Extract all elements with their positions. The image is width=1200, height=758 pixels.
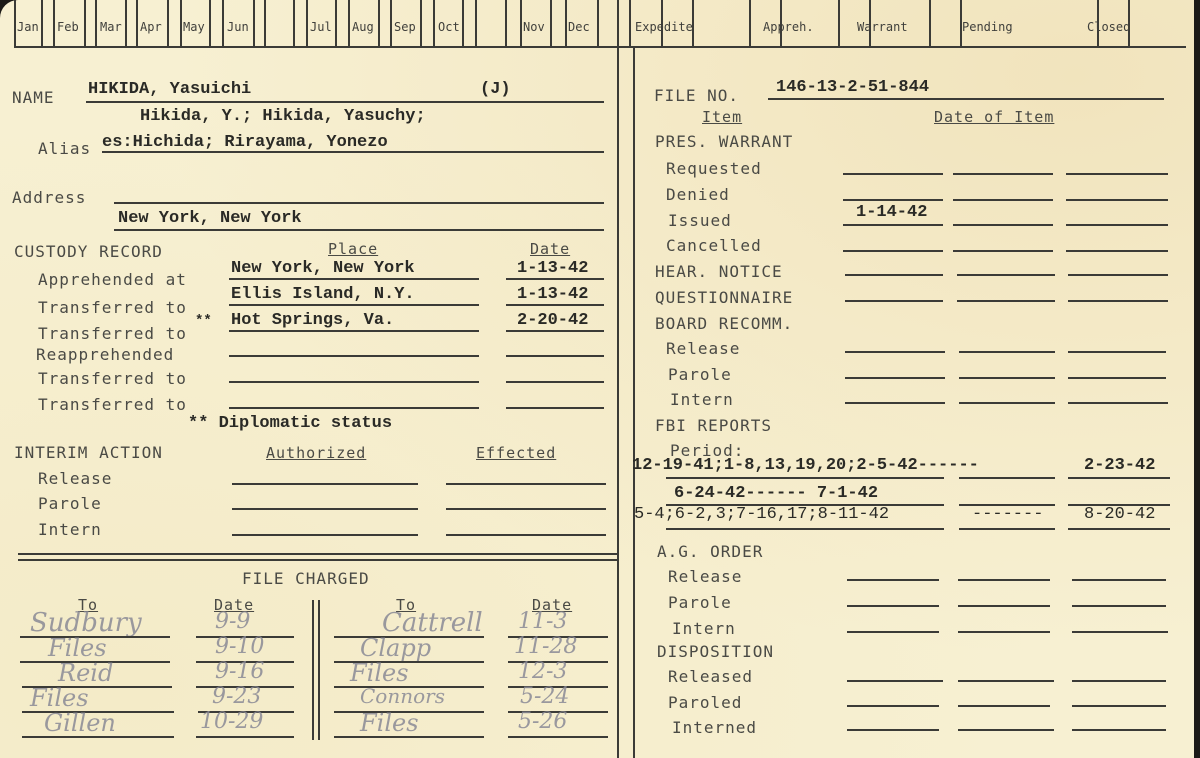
charged-date: 5-26 [518,709,567,734]
tab-divider [565,0,567,48]
ag-order-row-label: Intern [672,619,736,638]
custody-row-label: Transferred to [38,298,187,317]
custody-row-date: 2-20-42 [517,311,588,330]
charged-date: 5-24 [520,684,569,709]
custody-date-line [506,355,604,357]
date-line [845,300,943,302]
interim-effected-line [446,483,606,485]
alias-line-1: Hikida, Y.; Hikida, Yasuchy; [140,107,426,126]
tab-divider [335,0,337,48]
charged-to: Files [48,634,107,662]
date-line [847,680,943,682]
custody-col-place: Place [328,240,378,258]
date-line [845,377,945,379]
tab-divider [84,0,86,48]
tab-aug[interactable]: Aug [352,20,374,34]
ag-order-heading: A.G. ORDER [657,542,763,561]
tab-divider [550,0,552,48]
charged-date: 9-16 [215,659,264,684]
address-line-2: New York, New York [118,209,302,228]
date-line [957,300,1055,302]
tab-divider [180,0,182,48]
interim-authorized-line [232,508,418,510]
charged-line [508,736,608,738]
date-line [958,605,1050,607]
custody-place-line [229,278,479,280]
charged-line [196,736,294,738]
fbi-period-line-2: 6-24-42------ 7-1-42 [674,484,878,503]
date-line [845,274,943,276]
tab-jun[interactable]: Jun [227,20,249,34]
date-line [845,402,945,404]
fbi-reports-heading: FBI REPORTS [655,416,772,435]
disposition-row-label: Interned [672,718,757,737]
custody-row-place: Hot Springs, Va. [231,311,394,330]
date-line [1068,402,1168,404]
date-line [958,729,1054,731]
tab-divider [433,0,435,48]
charged-to: Files [30,684,89,712]
interim-row-label: Parole [38,494,102,513]
tab-nov[interactable]: Nov [523,20,545,34]
name-label: NAME [12,88,55,107]
date-line [1066,173,1168,175]
custody-row-label: Reapprehended [36,345,174,364]
address-label: Address [12,188,86,207]
nationality-code: (J) [480,80,511,99]
column-divider [633,46,635,758]
date-line [957,274,1055,276]
col-item: Item [702,108,742,126]
tab-divider [14,0,16,48]
date-line [953,173,1053,175]
tab-divider [293,0,295,48]
date-line [953,199,1053,201]
custody-row-label: Transferred to [38,324,187,343]
file-no-underline [768,98,1164,100]
tab-apr[interactable]: Apr [140,20,162,34]
tab-warrant[interactable]: Warrant [857,20,908,34]
section-rule [18,559,618,561]
date-line [1072,705,1166,707]
diplomatic-marker: ** [195,313,212,329]
interim-effected-line [446,534,606,536]
date-line [1068,377,1166,379]
date-line [958,680,1054,682]
date-line [843,250,943,252]
tab-divider [136,0,138,48]
date-line [845,351,945,353]
fbi-report-date-1: 2-23-42 [1084,456,1155,475]
date-line [847,729,939,731]
custody-date-line [506,330,604,332]
charged-line [334,736,484,738]
diplomatic-footnote: ** Diplomatic status [188,414,392,433]
charged-to: Files [360,709,419,737]
file-charged-heading: FILE CHARGED [242,569,370,588]
custody-heading: CUSTODY RECORD [14,242,163,261]
date-line [958,631,1050,633]
tab-divider [462,0,464,48]
tab-divider [264,0,266,48]
charged-date: 9-23 [212,684,261,709]
custody-row-place: Ellis Island, N.Y. [231,285,415,304]
board-recomm-heading: BOARD RECOMM. [655,314,793,333]
custody-row-place: New York, New York [231,259,415,278]
charged-date: 9-9 [215,609,250,634]
interim-authorized-line [232,483,418,485]
tab-divider [53,0,55,48]
name-underline [86,101,604,103]
date-line [958,705,1050,707]
date-line [847,705,939,707]
file-no-value: 146-13-2-51-844 [776,78,929,97]
board-row-label: Release [666,339,740,358]
date-line [1072,631,1168,633]
tab-divider [617,0,619,48]
hear-notice-label: HEAR. NOTICE [655,262,783,281]
disposition-row-label: Paroled [668,693,742,712]
board-row-label: Intern [670,390,734,409]
tab-divider [629,0,631,48]
tab-pending[interactable]: Pending [962,20,1013,34]
date-line [1068,300,1168,302]
fbi-line [959,528,1055,530]
custody-place-line [229,407,479,409]
pres-warrant-row-label: Issued [668,211,732,230]
tab-mar[interactable]: Mar [100,20,122,34]
tab-baseline [14,46,1186,48]
tab-closed[interactable]: Closed [1087,20,1130,34]
tab-divider [520,0,522,48]
date-line [847,605,939,607]
interim-row-label: Intern [38,520,102,539]
col-date-of-item: Date of Item [934,108,1054,126]
tab-divider [95,0,97,48]
issued-date: 1-14-42 [856,203,927,222]
tab-divider [125,0,127,48]
fbi-line [1068,528,1170,530]
tab-feb[interactable]: Feb [57,20,79,34]
tab-oct[interactable]: Oct [438,20,460,34]
fbi-line [666,477,944,479]
disposition-heading: DISPOSITION [657,642,774,661]
fbi-line [959,477,1055,479]
tab-appreh[interactable]: Appreh. [763,20,814,34]
custody-col-date: Date [530,240,570,258]
tab-divider [209,0,211,48]
custody-row-label: Apprehended at [38,270,187,289]
date-line [1068,351,1166,353]
custody-place-line [229,330,479,332]
address-underline-1 [114,202,604,204]
charged-to: Reid [58,659,113,687]
ag-order-row-label: Parole [668,593,732,612]
custody-row-label: Transferred to [38,395,187,414]
fbi-period-line-3-dash: ------- [972,505,1043,524]
tab-divider [222,0,224,48]
tab-divider [420,0,422,48]
tab-divider [838,0,840,48]
charged-date: 10-29 [200,709,263,734]
tab-divider [348,0,350,48]
index-card: Jan Feb Mar Apr May Jun Jul Aug Sep Oct … [0,0,1194,758]
charged-to: Clapp [360,634,431,662]
questionnaire-label: QUESTIONNAIRE [655,288,793,307]
charged-line [22,736,174,738]
date-line [959,351,1055,353]
custody-row-label: Transferred to [38,369,187,388]
custody-date-line [506,278,604,280]
file-charged-divider [312,600,314,740]
tab-may[interactable]: May [183,20,205,34]
date-line [1066,224,1168,226]
tab-divider [749,0,751,48]
interim-authorized-line [232,534,418,536]
date-line [959,377,1055,379]
charged-to: Files [350,659,409,687]
date-line [1072,680,1166,682]
date-line [1066,250,1168,252]
tab-divider [378,0,380,48]
pres-warrant-heading: PRES. WARRANT [655,132,793,151]
file-no-label: FILE NO. [654,86,739,105]
charged-date: 12-3 [518,659,567,684]
date-line [1072,729,1166,731]
tab-divider [253,0,255,48]
date-line [847,579,939,581]
tab-divider [306,0,308,48]
pres-warrant-row-label: Denied [666,185,730,204]
tab-divider [41,0,43,48]
date-line [847,631,939,633]
charged-to: Connors [360,684,445,708]
date-line [1066,199,1168,201]
fbi-period-line-1: 12-19-41;1-8,13,19,20;2-5-42------ [632,456,979,475]
alias-label: Alias [38,139,91,158]
interim-col-authorized: Authorized [266,444,366,462]
custody-place-line [229,381,479,383]
interim-effected-line [446,508,606,510]
custody-row-date: 1-13-42 [517,259,588,278]
tab-divider [597,0,599,48]
date-line [843,173,943,175]
section-rule [18,553,618,555]
custody-row-date: 1-13-42 [517,285,588,304]
alias-underline [102,151,604,153]
pres-warrant-row-label: Requested [666,159,762,178]
board-row-label: Parole [668,365,732,384]
date-line [1072,605,1166,607]
charged-date: 9-10 [215,634,264,659]
date-line [1068,274,1168,276]
date-line [953,250,1053,252]
date-line [959,402,1055,404]
tab-jul[interactable]: Jul [310,20,332,34]
disposition-row-label: Released [668,667,753,686]
date-line [843,224,943,226]
date-line [1072,579,1166,581]
fbi-line [1068,477,1170,479]
tab-expedite[interactable]: Expedite [635,20,693,34]
tab-divider [475,0,477,48]
custody-date-line [506,381,604,383]
custody-date-line [506,407,604,409]
ag-order-row-label: Release [668,567,742,586]
tab-jan[interactable]: Jan [17,20,39,34]
charged-date: 11-28 [514,634,577,659]
custody-place-line [229,355,479,357]
interim-col-effected: Effected [476,444,556,462]
tab-divider [505,0,507,48]
name-value: HIKIDA, Yasuichi [88,80,251,99]
custody-date-line [506,304,604,306]
fbi-report-date-3: 8-20-42 [1084,505,1155,524]
column-divider [617,46,619,758]
address-underline-2 [114,229,604,231]
interim-row-label: Release [38,469,112,488]
custody-place-line [229,304,479,306]
tab-divider [167,0,169,48]
date-line [958,579,1050,581]
fbi-line [666,528,944,530]
tab-sep[interactable]: Sep [394,20,416,34]
tab-divider [929,0,931,48]
fbi-period-line-3: 5-4;6-2,3;7-16,17;8-11-42 [634,505,889,524]
charged-date: 11-3 [518,609,567,634]
charged-to: Gillen [44,709,116,737]
tab-dec[interactable]: Dec [568,20,590,34]
date-line [953,224,1053,226]
interim-heading: INTERIM ACTION [14,443,163,462]
tab-divider [390,0,392,48]
pres-warrant-row-label: Cancelled [666,236,762,255]
file-charged-divider [318,600,320,740]
alias-line-2: es:Hichida; Rirayama, Yonezo [102,133,388,152]
tab-row: Jan Feb Mar Apr May Jun Jul Aug Sep Oct … [0,0,1194,48]
date-line [843,199,943,201]
